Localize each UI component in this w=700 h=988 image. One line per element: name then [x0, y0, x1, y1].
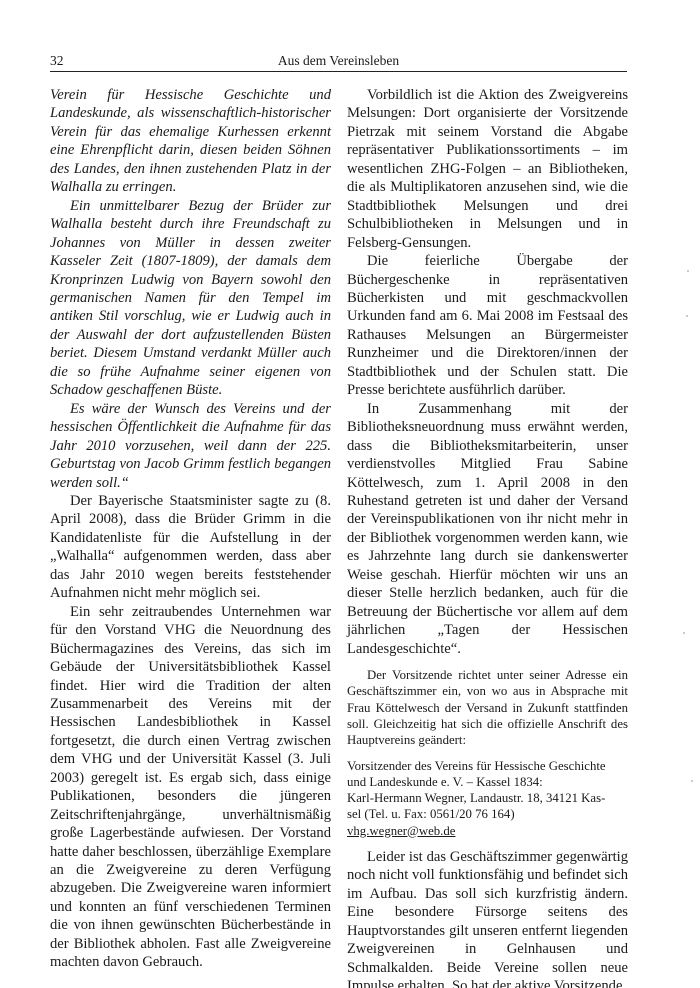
scan-speck — [691, 780, 693, 782]
scan-speck — [686, 315, 688, 317]
body-paragraph-office-status: Leider ist das Geschäftszimmer gegenwärt… — [347, 848, 628, 988]
quote-paragraph-2: Ein unmittelbarer Bezug der Brüder zur W… — [50, 197, 331, 400]
body-paragraph-library: Ein sehr zeitraubendes Unternehmen war f… — [50, 603, 331, 972]
notice-paragraph-office: Der Vorsitzende richtet unter seiner Adr… — [347, 667, 628, 748]
address-line: Karl-Hermann Wegner, Landaustr. 18, 3412… — [347, 790, 628, 806]
address-line: Vorsitzender des Vereins für Hessische G… — [347, 758, 628, 774]
running-title: Aus dem Vereinsleben — [50, 53, 627, 69]
body-paragraph-melsungen: Vorbildlich ist die Aktion des Zweigvere… — [347, 86, 628, 252]
address-line: und Landeskunde e. V. – Kassel 1834: — [347, 774, 628, 790]
scan-speck — [683, 632, 685, 634]
quote-paragraph-1: Verein für Hessische Geschichte und Land… — [50, 86, 331, 197]
email-link[interactable]: vhg.wegner@web.de — [347, 824, 455, 838]
body-paragraph-handover: Die feierliche Übergabe der Büchergesche… — [347, 252, 628, 400]
body-paragraph-retirement: In Zusammenhang mit der Bibliotheksneuor… — [347, 400, 628, 658]
quote-paragraph-3: Es wäre der Wunsch des Vereins und der h… — [50, 400, 331, 492]
page-header: 32 Aus dem Vereinsleben — [50, 52, 627, 72]
body-paragraph-minister: Der Bayerische Staatsminister sagte zu (… — [50, 492, 331, 603]
address-block: Vorsitzender des Vereins für Hessische G… — [347, 758, 628, 839]
scan-speck — [687, 270, 689, 272]
left-column: Verein für Hessische Geschichte und Land… — [50, 86, 331, 972]
address-line: sel (Tel. u. Fax: 0561/20 76 164) — [347, 806, 628, 822]
right-column: Vorbildlich ist die Aktion des Zweigvere… — [347, 86, 628, 988]
